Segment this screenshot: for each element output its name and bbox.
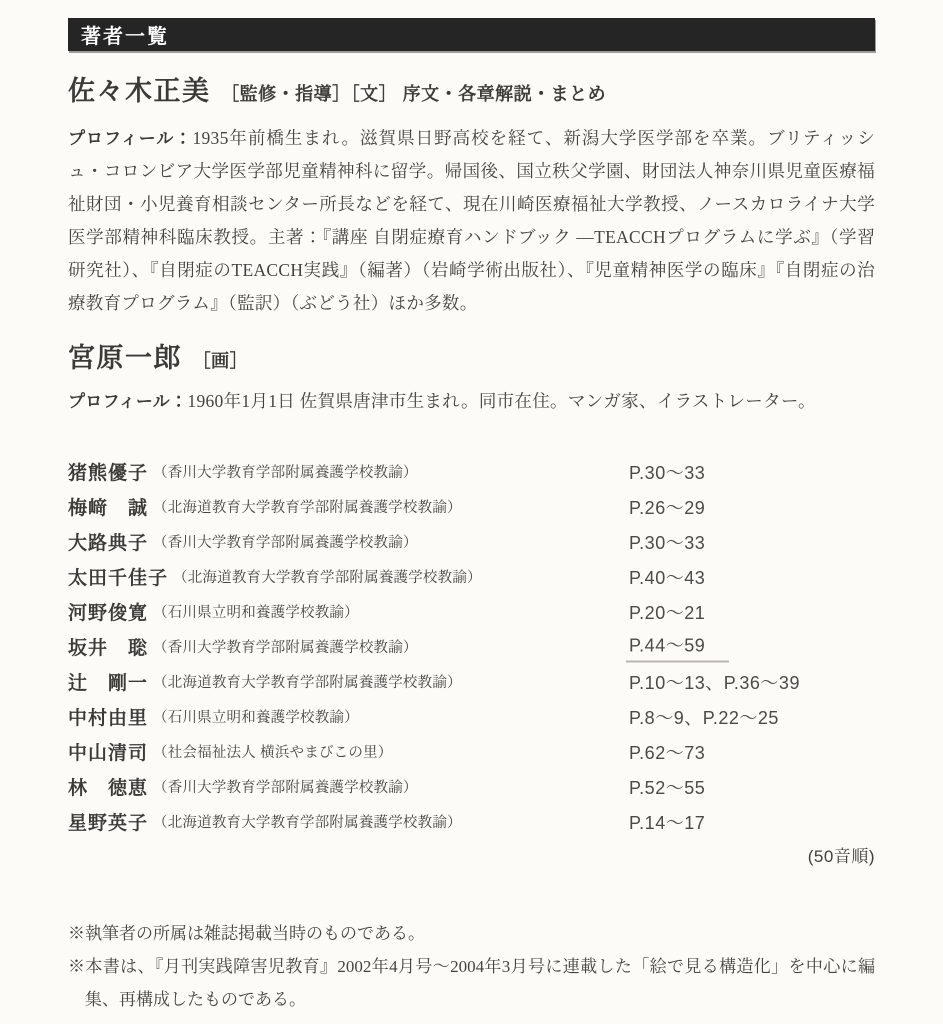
contributor-list: 猪熊優子 （香川大学教育学部附属養護学校教諭） P.30～33 梅﨑 誠 （北海… — [68, 454, 875, 839]
contributor-row: 猪熊優子 （香川大学教育学部附属養護学校教諭） P.30～33 — [68, 454, 875, 489]
contributor-pages: P.40～43 — [629, 564, 705, 590]
contributor-row: 中山清司 （社会福祉法人 横浜やまびこの里） P.62～73 — [68, 734, 875, 769]
contributor-name: 林 徳恵 — [68, 773, 148, 800]
contributor-row: 星野英子 （北海道教育大学教育学部附属養護学校教諭） P.14～17 — [68, 804, 875, 839]
contributor-pages: P.8～9、P.22～25 — [629, 704, 779, 730]
contributor-pages: P.10～13、P.36～39 — [629, 669, 800, 695]
profile-label: プロフィール： — [68, 392, 187, 411]
profile-label: プロフィール： — [68, 129, 192, 148]
contributor-pages: P.62～73 — [629, 739, 705, 765]
contributor-row: 坂井 聡 （香川大学教育学部附属養護学校教諭） P.44～59 — [68, 629, 875, 664]
contributor-row: 梅﨑 誠 （北海道教育大学教育学部附属養護学校教諭） P.26～29 — [68, 489, 875, 524]
contributor-pages: P.14～17 — [629, 809, 705, 835]
contributor-name: 梅﨑 誠 — [68, 493, 148, 520]
contributor-affiliation: （北海道教育大学教育学部附属養護学校教諭） — [173, 566, 482, 587]
contributor-name: 星野英子 — [68, 808, 148, 835]
contributor-name: 太田千佳子 — [68, 563, 168, 590]
contributor-pages: P.20～21 — [629, 599, 705, 625]
contributor-affiliation: （北海道教育大学教育学部附属養護学校教諭） — [153, 671, 462, 692]
contributor-row: 大路典子 （香川大学教育学部附属養護学校教諭） P.30～33 — [68, 524, 875, 559]
author-profile: プロフィール：1960年1月1日 佐賀県唐津市生まれ。同市在住。マンガ家、イラス… — [68, 385, 875, 418]
author-profile: プロフィール：1935年前橋生まれ。滋賀県日野高校を経て、新潟大学医学部を卒業。… — [68, 122, 875, 320]
contributor-name: 坂井 聡 — [68, 633, 148, 660]
contributor-affiliation: （香川大学教育学部附属養護学校教諭） — [153, 636, 418, 657]
contributor-affiliation: （香川大学教育学部附属養護学校教諭） — [153, 461, 418, 482]
author-roles: ［画］ — [193, 351, 249, 371]
contributor-name: 中村由里 — [68, 703, 148, 730]
profile-text: 1960年1月1日 佐賀県唐津市生まれ。同市在住。マンガ家、イラストレーター。 — [187, 391, 815, 411]
author-name: 宮原一郎 — [68, 343, 182, 373]
contributor-affiliation: （香川大学教育学部附属養護学校教諭） — [153, 531, 418, 552]
contributor-pages: P.30～33 — [629, 529, 705, 555]
contributor-affiliation: （北海道教育大学教育学部附属養護学校教諭） — [153, 496, 462, 517]
scanned-book-page: 著者一覧 佐々木正美 ［監修・指導］［文］ 序文・各章解説・まとめ プロフィール… — [0, 0, 943, 1024]
contributor-pages: P.30～33 — [629, 459, 705, 485]
footnote: ※執筆者の所属は雑誌掲載当時のものである。 — [68, 917, 875, 950]
contributor-name: 河野俊寛 — [68, 598, 148, 625]
contributor-pages: P.26～29 — [629, 494, 705, 520]
contributor-name: 辻 剛一 — [68, 668, 148, 695]
section-header-bar: 著者一覧 — [68, 18, 875, 51]
author-name: 佐々木正美 — [68, 76, 211, 106]
contributor-row: 林 徳恵 （香川大学教育学部附属養護学校教諭） P.52～55 — [68, 769, 875, 804]
contributor-row: 中村由里 （石川県立明和養護学校教諭） P.8～9、P.22～25 — [68, 699, 875, 734]
contributor-pages: P.44～59 — [626, 631, 729, 662]
contributor-affiliation: （社会福祉法人 横浜やまびこの里） — [153, 741, 392, 762]
profile-text: 1935年前橋生まれ。滋賀県日野高校を経て、新潟大学医学部を卒業。ブリティッシュ… — [68, 128, 875, 313]
contributor-name: 大路典子 — [68, 528, 148, 555]
page-title: 著者一覧 — [81, 20, 169, 49]
contributor-row: 太田千佳子 （北海道教育大学教育学部附属養護学校教諭） P.40～43 — [68, 559, 875, 594]
author-roles: ［監修・指導］［文］ 序文・各章解説・まとめ — [221, 84, 606, 104]
sort-order-note: (50音順) — [68, 842, 875, 867]
contributor-name: 猪熊優子 — [68, 458, 148, 485]
contributor-row: 辻 剛一 （北海道教育大学教育学部附属養護学校教諭） P.10～13、P.36～… — [68, 664, 875, 699]
contributor-affiliation: （北海道教育大学教育学部附属養護学校教諭） — [153, 811, 462, 832]
footnotes: ※執筆者の所属は雑誌掲載当時のものである。 ※本書は、『月刊実践障害児教育』20… — [68, 917, 875, 1016]
contributor-pages: P.52～55 — [629, 774, 705, 800]
author-heading-miyahara: 宮原一郎 ［画］ — [68, 342, 875, 377]
contributor-affiliation: （石川県立明和養護学校教諭） — [153, 706, 359, 727]
contributor-name: 中山清司 — [68, 738, 148, 765]
contributor-affiliation: （石川県立明和養護学校教諭） — [153, 601, 359, 622]
author-heading-sasaki: 佐々木正美 ［監修・指導］［文］ 序文・各章解説・まとめ — [68, 75, 875, 110]
contributor-row: 河野俊寛 （石川県立明和養護学校教諭） P.20～21 — [68, 594, 875, 629]
footnote: ※本書は、『月刊実践障害児教育』2002年4月号～2004年3月号に連載した「絵… — [68, 950, 875, 1016]
contributor-affiliation: （香川大学教育学部附属養護学校教諭） — [153, 776, 418, 797]
